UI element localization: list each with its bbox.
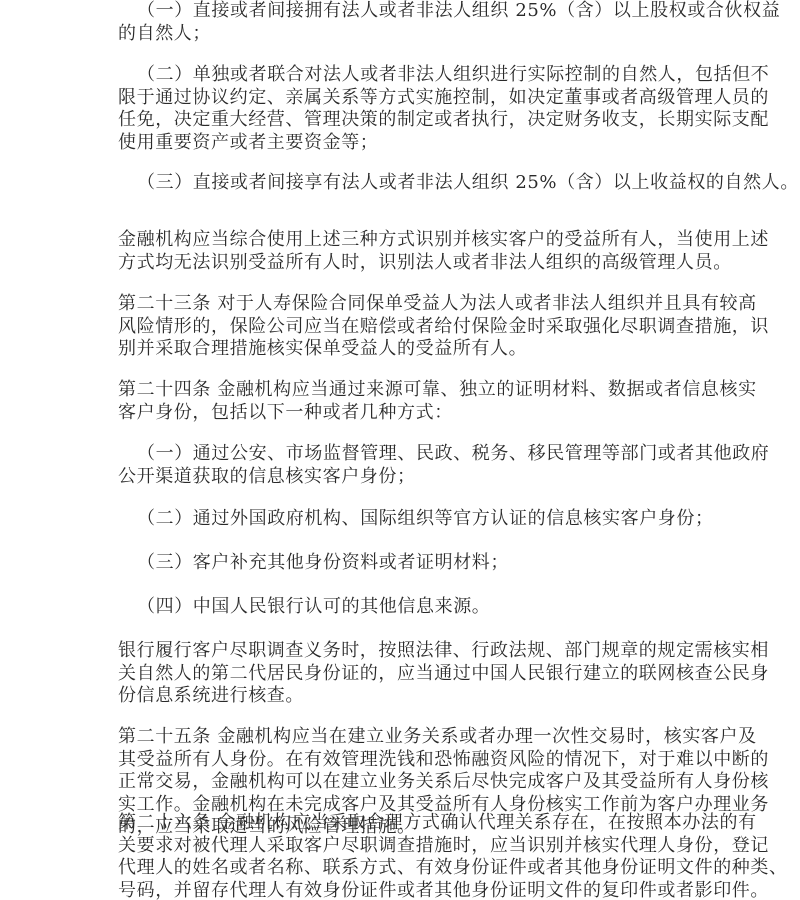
text-line: 份信息系统进行核查。 — [118, 685, 688, 708]
text-line: 别并采取合理措施核实保单受益人的受益所有人。 — [118, 338, 688, 361]
paragraph-summary-beneficial-owner: 金融机构应当综合使用上述三种方式识别并核实客户的受益所有人，当使用上述 方式均无… — [118, 229, 688, 274]
text-line: （三）客户补充其他身份资料或者证明材料； — [118, 552, 688, 575]
paragraph-item-3: （三）直接或者间接享有法人或者非法人组织 25%（含）以上收益权的自然人。 — [118, 172, 688, 195]
text-line: 其受益所有人身份。在有效管理洗钱和恐怖融资风险的情况下，对于难以中断的 — [118, 749, 688, 772]
text-line: （一）通过公安、市场监督管理、民政、税务、移民管理等部门或者其他政府 — [118, 443, 688, 466]
text-line: 银行履行客户尽职调查义务时，按照法律、行政法规、部门规章的规定需核实相 — [118, 640, 688, 663]
text-line: 客户身份，包括以下一种或者几种方式： — [118, 402, 688, 425]
paragraph-article-24-item-2: （二）通过外国政府机构、国际组织等官方认证的信息核实客户身份； — [118, 508, 688, 531]
text-line: 关自然人的第二代居民身份证的，应当通过中国人民银行建立的联网核查公民身 — [118, 663, 688, 686]
text-line: 方式均无法识别受益所有人时，识别法人或者非法人组织的高级管理人员。 — [118, 252, 688, 275]
text-line: （一）直接或者间接拥有法人或者非法人组织 25%（含）以上股权或合伙权益 — [118, 0, 688, 23]
text-line: 第二十六条 金融机构应当采取合理方式确认代理关系存在，在按照本办法的有 — [118, 812, 688, 835]
text-line: （三）直接或者间接享有法人或者非法人组织 25%（含）以上收益权的自然人。 — [118, 172, 688, 195]
text-line: 第二十三条 对于人寿保险合同保单受益人为法人或者非法人组织并且具有较高 — [118, 293, 688, 316]
text-line: 关要求对被代理人采取客户尽职调查措施时，应当识别并核实代理人身份，登记 — [118, 835, 688, 858]
text-line: 第二十五条 金融机构应当在建立业务关系或者办理一次性交易时，核实客户及 — [118, 726, 688, 749]
text-line: 金融机构应当综合使用上述三种方式识别并核实客户的受益所有人，当使用上述 — [118, 229, 688, 252]
text-line: （四）中国人民银行认可的其他信息来源。 — [118, 596, 688, 619]
text-line: 代理人的姓名或者名称、联系方式、有效身份证件或者其他身份证明文件的种类、 — [118, 857, 688, 880]
paragraph-item-1: （一）直接或者间接拥有法人或者非法人组织 25%（含）以上股权或合伙权益 的自然… — [118, 0, 688, 45]
text-line: 正常交易，金融机构可以在建立业务关系后尽快完成客户及其受益所有人身份核 — [118, 771, 688, 794]
text-line: 公开渠道获取的信息核实客户身份； — [118, 466, 688, 489]
paragraph-article-24-item-1: （一）通过公安、市场监督管理、民政、税务、移民管理等部门或者其他政府 公开渠道获… — [118, 443, 688, 488]
paragraph-article-23: 第二十三条 对于人寿保险合同保单受益人为法人或者非法人组织并且具有较高 风险情形… — [118, 293, 688, 361]
paragraph-article-26: 第二十六条 金融机构应当采取合理方式确认代理关系存在，在按照本办法的有 关要求对… — [118, 812, 688, 900]
paragraph-article-24: 第二十四条 金融机构应当通过来源可靠、独立的证明材料、数据或者信息核实 客户身份… — [118, 379, 688, 424]
text-line: （二）通过外国政府机构、国际组织等官方认证的信息核实客户身份； — [118, 508, 688, 531]
text-line: 号码，并留存代理人有效身份证件或者其他身份证明文件的复印件或者影印件。 — [118, 880, 688, 900]
paragraph-item-2: （二）单独或者联合对法人或者非法人组织进行实际控制的自然人，包括但不 限于通过协… — [118, 64, 688, 154]
text-line: 任免，决定重大经营、管理决策的制定或者执行，决定财务收支，长期实际支配 — [118, 109, 688, 132]
text-line: 风险情形的，保险公司应当在赔偿或者给付保险金时采取强化尽职调查措施，识 — [118, 316, 688, 339]
text-line: （二）单独或者联合对法人或者非法人组织进行实际控制的自然人，包括但不 — [118, 64, 688, 87]
text-line: 使用重要资产或者主要资金等； — [118, 132, 688, 155]
text-line: 的自然人； — [118, 23, 688, 46]
paragraph-bank-id-verification: 银行履行客户尽职调查义务时，按照法律、行政法规、部门规章的规定需核实相 关自然人… — [118, 640, 688, 708]
paragraph-article-24-item-3: （三）客户补充其他身份资料或者证明材料； — [118, 552, 688, 575]
text-line: 第二十四条 金融机构应当通过来源可靠、独立的证明材料、数据或者信息核实 — [118, 379, 688, 402]
paragraph-article-24-item-4: （四）中国人民银行认可的其他信息来源。 — [118, 596, 688, 619]
text-line: 限于通过协议约定、亲属关系等方式实施控制，如决定董事或者高级管理人员的 — [118, 87, 688, 110]
